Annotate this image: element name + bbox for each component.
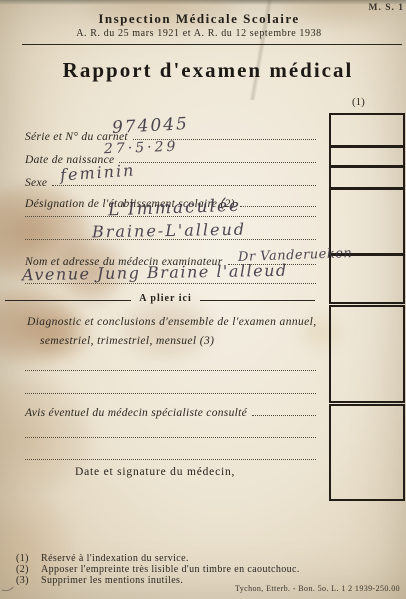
index-note: (1) (352, 96, 365, 108)
diagnostic-label-line2: semestriel, trimestriel, mensuel (3) (40, 335, 214, 347)
handwriting-carnet-number: 974045 (112, 114, 190, 138)
specialist-label: Avis éventuel du médecin spécialiste con… (25, 407, 247, 419)
dotted-line (25, 424, 316, 438)
footnote-2-text: Apposer l'empreinte très lisible d'un ti… (41, 564, 300, 575)
fold-marker: A plier ici (5, 291, 315, 304)
footnote-1-num: (1) (16, 553, 41, 564)
org-subtitle: A. R. du 25 mars 1921 et A. R. du 12 sep… (0, 28, 398, 39)
dotted-line (25, 446, 316, 460)
fold-label: A plier ici (139, 293, 191, 304)
specialist-write-line-1 (25, 424, 316, 438)
footnote-1-text: Réservé à l'indexation du service. (41, 553, 189, 564)
printer-mark: Tychon, Etterb. - Bon. 5o. L. 1 2 1939-2… (235, 584, 400, 593)
diagnostic-label-line1: Diagnostic et conclusions d'ensemble de … (27, 316, 317, 328)
specialist-write-line-2 (25, 446, 316, 460)
stray-pen-mark (0, 576, 16, 593)
index-table-cell (329, 305, 405, 403)
index-table-cell (329, 146, 405, 167)
handwriting-birth-date: 27·5·29 (104, 139, 179, 158)
footnote-3: (3) Supprimer les mentions inutiles. (16, 575, 183, 586)
org-title: Inspection Médicale Scolaire (0, 11, 398, 27)
header-rule (22, 44, 402, 45)
footnote-3-text: Supprimer les mentions inutiles. (41, 575, 183, 586)
footnote-2-num: (2) (16, 564, 41, 575)
footnote-1: (1) Réservé à l'indexation du service. (16, 553, 189, 564)
stain (120, 300, 215, 360)
fold-line-right (200, 291, 315, 301)
index-table-cell (329, 113, 405, 147)
field-specialist: Avis éventuel du médecin spécialiste con… (25, 402, 316, 419)
index-table-cell (329, 188, 405, 255)
document-page: M. S. 1 Inspection Médicale Scolaire A. … (0, 0, 406, 599)
diagnostic-write-line-1 (25, 357, 316, 371)
index-table-cell (329, 166, 405, 189)
paper-top-edge (0, 0, 406, 5)
signature-label: Date et signature du médecin, (75, 466, 235, 478)
dotted-line (25, 357, 316, 371)
diagnostic-write-line-2 (25, 380, 316, 394)
fold-line-left (5, 291, 131, 301)
dotted-line (252, 402, 316, 416)
field-sex-label: Sexe (25, 177, 47, 189)
handwriting-school-line2: Braine-L'alleud (92, 220, 246, 242)
dotted-line (25, 380, 316, 394)
footnote-3-num: (3) (16, 575, 41, 586)
index-table-cell (329, 404, 405, 501)
report-title: Rapport d'examen médical (10, 58, 406, 83)
index-table-cell (329, 254, 405, 304)
footnote-2: (2) Apposer l'empreinte très lisible d'u… (16, 564, 300, 575)
